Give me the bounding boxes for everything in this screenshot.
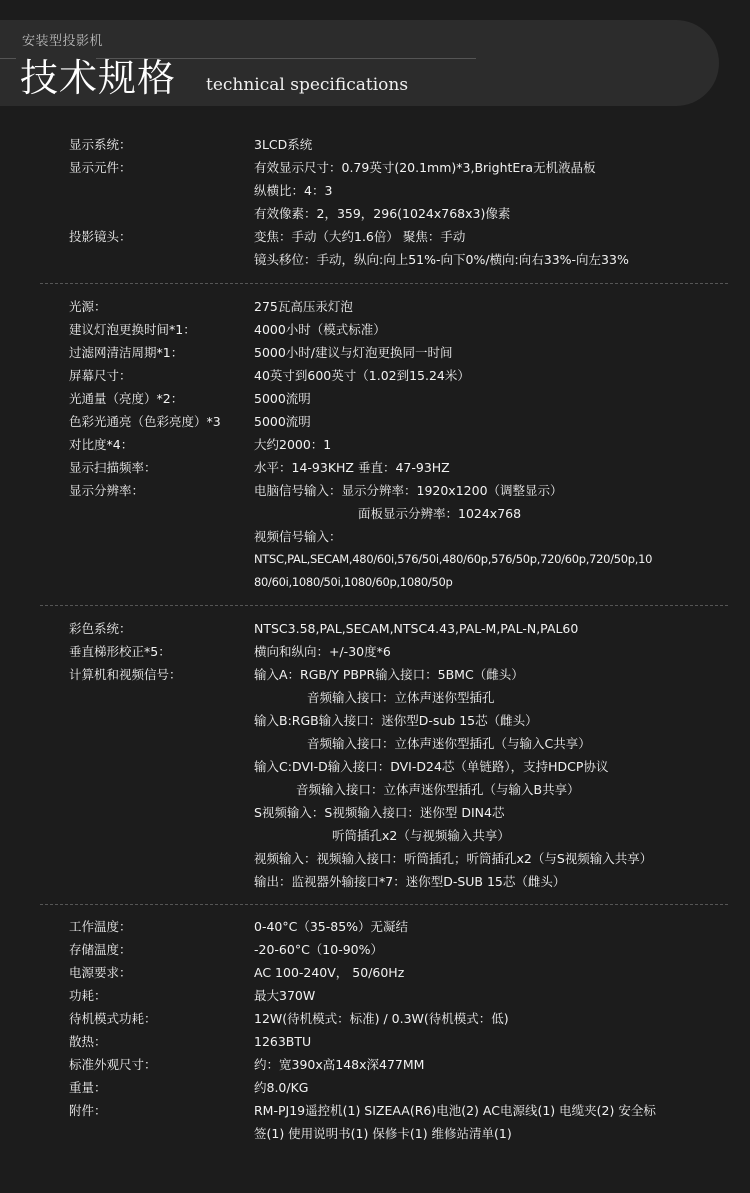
spec-value: 有效显示尺寸：0.79英寸(20.1mm)*3,BrightEra无机液晶板 (254, 156, 596, 179)
spec-value: 40英寸到600英寸（1.02到15.24米） (254, 364, 470, 387)
spec-row-continued: S视频输入：S视频输入接口：迷你型 DIN4芯 (0, 801, 750, 824)
spec-label: 彩色系统： (69, 617, 132, 640)
spec-label: 光源： (69, 295, 107, 318)
spec-value: 签(1) 使用说明书(1) 保修卡(1) 维修站清单(1) (254, 1122, 512, 1145)
spec-value: 5000小时/建议与灯泡更换同一时间 (254, 341, 453, 364)
spec-row-continued: 输出：监视器外输接口*7：迷你型D-SUB 15芯（雌头） (0, 870, 750, 893)
spec-label: 计算机和视频信号： (69, 663, 182, 686)
spec-value: 输入B:RGB输入接口：迷你型D-sub 15芯（雌头） (254, 709, 538, 732)
spec-row: 显示元件： 有效显示尺寸：0.79英寸(20.1mm)*3,BrightEra无… (0, 156, 750, 179)
spec-row: 建议灯泡更换时间*1： 4000小时（模式标准） (0, 318, 750, 341)
spec-label: 显示元件： (69, 156, 132, 179)
spec-row-continued: 纵横比：4：3 (0, 179, 750, 202)
spec-label: 建议灯泡更换时间*1： (69, 318, 196, 341)
spec-value: 5000流明 (254, 410, 311, 433)
spec-value: 输入A：RGB/Y PBPR输入接口：5BMC（雌头） (254, 663, 524, 686)
section-divider (40, 283, 728, 284)
page-title-english: technical specifications (206, 75, 408, 95)
spec-value: 电脑信号输入：显示分辨率：1920x1200（调整显示） (254, 479, 563, 502)
spec-row-continued: 输入B:RGB输入接口：迷你型D-sub 15芯（雌头） (0, 709, 750, 732)
spec-label: 显示扫描频率： (69, 456, 157, 479)
spec-value: 最大370W (254, 984, 315, 1007)
spec-row: 标准外观尺寸： 约：宽390x高148x深477MM (0, 1053, 750, 1076)
spec-row-continued: 音频输入接口：立体声迷你型插孔（与输入C共享） (0, 732, 750, 755)
spec-row-continued: 80/60i,1080/50i,1080/60p,1080/50p (0, 571, 750, 594)
spec-value: 音频输入接口：立体声迷你型插孔（与输入B共享） (296, 778, 580, 801)
spec-value: 有效像素：2，359，296(1024x768x3)像素 (254, 202, 510, 225)
spec-label: 垂直梯形校正*5： (69, 640, 171, 663)
spec-row-continued: 音频输入接口：立体声迷你型插孔 (0, 686, 750, 709)
spec-label: 投影镜头： (69, 225, 132, 248)
spec-value: 横向和纵向：+/-30度*6 (254, 640, 391, 663)
spec-row: 显示分辨率： 电脑信号输入：显示分辨率：1920x1200（调整显示） (0, 479, 750, 502)
page-title: 技术规格 (20, 58, 176, 98)
spec-row-continued: 视频输入：视频输入接口：听筒插孔；听筒插孔x2（与S视频输入共享） (0, 847, 750, 870)
spec-row: 光源： 275瓦高压汞灯泡 (0, 295, 750, 318)
spec-row: 投影镜头： 变焦：手动（大约1.6倍） 聚焦：手动 (0, 225, 750, 248)
spec-value: 面板显示分辨率：1024x768 (358, 502, 521, 525)
spec-label: 色彩光通亮（色彩亮度）*3 (69, 410, 221, 433)
spec-row-continued: 镜头移位：手动，纵向:向上51%-向下0%/横向:向右33%-向左33% (0, 248, 750, 271)
spec-value: NTSC,PAL,SECAM,480/60i,576/50i,480/60p,5… (254, 548, 652, 571)
spec-row-continued: 听筒插孔x2（与视频输入共享） (0, 824, 750, 847)
spec-value: 5000流明 (254, 387, 311, 410)
spec-label: 过滤网清洁周期*1： (69, 341, 183, 364)
spec-label: 重量： (69, 1076, 107, 1099)
spec-row: 重量： 约8.0/KG (0, 1076, 750, 1099)
spec-label: 光通量（亮度）*2： (69, 387, 183, 410)
spec-value: 0-40°C（35-85%）无凝结 (254, 915, 408, 938)
spec-label: 待机模式功耗： (69, 1007, 157, 1030)
spec-value: 音频输入接口：立体声迷你型插孔 (307, 686, 495, 709)
spec-label: 存储温度： (69, 938, 132, 961)
spec-label: 功耗： (69, 984, 107, 1007)
spec-row: 存储温度： -20-60°C（10-90%） (0, 938, 750, 961)
header-rule-left (0, 58, 16, 59)
spec-value: RM-PJ19遥控机(1) SIZEAA(R6)电池(2) AC电源线(1) 电… (254, 1099, 656, 1122)
spec-label: 对比度*4： (69, 433, 133, 456)
spec-value: 约8.0/KG (254, 1076, 308, 1099)
section-divider (40, 605, 728, 606)
spec-value: 音频输入接口：立体声迷你型插孔（与输入C共享） (307, 732, 591, 755)
spec-value: 输出：监视器外输接口*7：迷你型D-SUB 15芯（雌头） (254, 870, 565, 893)
spec-row: 屏幕尺寸： 40英寸到600英寸（1.02到15.24米） (0, 364, 750, 387)
spec-label: 电源要求： (69, 961, 132, 984)
spec-row: 电源要求： AC 100-240V， 50/60Hz (0, 961, 750, 984)
spec-value: 大约2000：1 (254, 433, 331, 456)
spec-value: 听筒插孔x2（与视频输入共享） (332, 824, 510, 847)
spec-row: 功耗： 最大370W (0, 984, 750, 1007)
spec-row-continued: 面板显示分辨率：1024x768 (0, 502, 750, 525)
spec-value: NTSC3.58,PAL,SECAM,NTSC4.43,PAL-M,PAL-N,… (254, 617, 578, 640)
spec-row: 待机模式功耗： 12W(待机模式：标准) / 0.3W(待机模式：低) (0, 1007, 750, 1030)
spec-value: 纵横比：4：3 (254, 179, 332, 202)
spec-row: 工作温度： 0-40°C（35-85%）无凝结 (0, 915, 750, 938)
section-divider (40, 904, 728, 905)
spec-label: 散热： (69, 1030, 107, 1053)
spec-row: 对比度*4： 大约2000：1 (0, 433, 750, 456)
spec-value: 水平：14-93KHZ 垂直：47-93HZ (254, 456, 450, 479)
spec-row: 显示扫描频率： 水平：14-93KHZ 垂直：47-93HZ (0, 456, 750, 479)
product-category-subtitle: 安装型投影机 (22, 30, 103, 49)
spec-value: 输入C:DVI-D输入接口：DVI-D24芯（单链路），支持HDCP协议 (254, 755, 608, 778)
spec-label: 屏幕尺寸： (69, 364, 132, 387)
spec-row: 计算机和视频信号： 输入A：RGB/Y PBPR输入接口：5BMC（雌头） (0, 663, 750, 686)
spec-value: 变焦：手动（大约1.6倍） 聚焦：手动 (254, 225, 465, 248)
spec-row: 显示系统： 3LCD系统 (0, 133, 750, 156)
spec-label: 标准外观尺寸： (69, 1053, 157, 1076)
spec-value: 视频信号输入： (254, 525, 342, 548)
spec-label: 工作温度： (69, 915, 132, 938)
spec-row-continued: 音频输入接口：立体声迷你型插孔（与输入B共享） (0, 778, 750, 801)
spec-value: 3LCD系统 (254, 133, 312, 156)
spec-value: S视频输入：S视频输入接口：迷你型 DIN4芯 (254, 801, 504, 824)
spec-value: 视频输入：视频输入接口：听筒插孔；听筒插孔x2（与S视频输入共享） (254, 847, 652, 870)
spec-row: 附件： RM-PJ19遥控机(1) SIZEAA(R6)电池(2) AC电源线(… (0, 1099, 750, 1122)
spec-value: 12W(待机模式：标准) / 0.3W(待机模式：低) (254, 1007, 509, 1030)
spec-value: 镜头移位：手动，纵向:向上51%-向下0%/横向:向右33%-向左33% (254, 248, 629, 271)
spec-row-continued: 视频信号输入： (0, 525, 750, 548)
spec-row-continued: 有效像素：2，359，296(1024x768x3)像素 (0, 202, 750, 225)
spec-value: 1263BTU (254, 1030, 311, 1053)
spec-value: AC 100-240V， 50/60Hz (254, 961, 404, 984)
spec-value: 约：宽390x高148x深477MM (254, 1053, 424, 1076)
spec-row: 散热： 1263BTU (0, 1030, 750, 1053)
spec-value: -20-60°C（10-90%） (254, 938, 383, 961)
spec-row: 垂直梯形校正*5： 横向和纵向：+/-30度*6 (0, 640, 750, 663)
spec-value: 80/60i,1080/50i,1080/60p,1080/50p (254, 571, 453, 594)
spec-label: 显示系统： (69, 133, 132, 156)
spec-label: 附件： (69, 1099, 107, 1122)
spec-row-continued: 签(1) 使用说明书(1) 保修卡(1) 维修站清单(1) (0, 1122, 750, 1145)
spec-label: 显示分辨率： (69, 479, 144, 502)
spec-row: 彩色系统： NTSC3.58,PAL,SECAM,NTSC4.43,PAL-M,… (0, 617, 750, 640)
spec-value: 4000小时（模式标准） (254, 318, 386, 341)
spec-value: 275瓦高压汞灯泡 (254, 295, 353, 318)
spec-row: 光通量（亮度）*2： 5000流明 (0, 387, 750, 410)
spec-row: 色彩光通亮（色彩亮度）*3 5000流明 (0, 410, 750, 433)
spec-row-continued: NTSC,PAL,SECAM,480/60i,576/50i,480/60p,5… (0, 548, 750, 571)
spec-row-continued: 输入C:DVI-D输入接口：DVI-D24芯（单链路），支持HDCP协议 (0, 755, 750, 778)
spec-row: 过滤网清洁周期*1： 5000小时/建议与灯泡更换同一时间 (0, 341, 750, 364)
